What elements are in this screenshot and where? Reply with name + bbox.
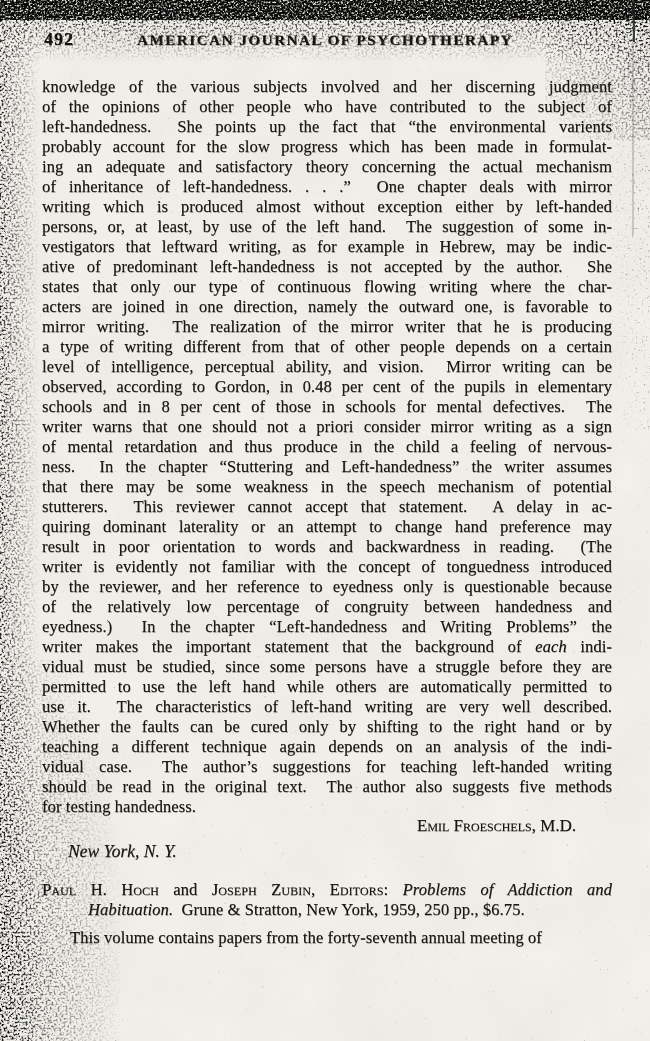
text-line: stutterers. This reviewer cannot accept … [42, 497, 612, 517]
text-line: should be read in the original text. The… [42, 777, 612, 797]
text-line: ative of predominant left-handedness is … [42, 257, 612, 277]
text-line: that there may be some weakness in the s… [42, 477, 612, 497]
scanned-journal-page: 492 AMERICAN JOURNAL OF PSYCHOTHERAPY kn… [0, 0, 650, 1041]
text-line: eyedness.) In the chapter “Left-handedne… [42, 617, 612, 637]
reviewer-name: Emil Froeschels, M.D. [417, 816, 576, 835]
text-line: of the relatively low percentage of cong… [42, 597, 612, 617]
next-paragraph: This volume contains papers from the for… [42, 928, 612, 948]
text-line: ing an adequate and satisfactory theory … [42, 157, 612, 177]
text-line: writing which is produced almost without… [42, 197, 612, 217]
text-line: use it. The characteristics of left-hand… [42, 697, 612, 717]
text-line: writer is evidently not familiar with th… [42, 557, 612, 577]
text-line: of inheritance of left-handedness. . . .… [42, 177, 612, 197]
text-line: Paul H. Hoch and Joseph Zubin, Editors: … [42, 878, 612, 898]
text-line: schools and in 8 per cent of those in sc… [42, 397, 612, 417]
journal-title: AMERICAN JOURNAL OF PSYCHOTHERAPY [15, 33, 635, 50]
text-line: Whether the faults can be cured only by … [42, 717, 612, 737]
text-line: vidual must be studied, since some perso… [42, 657, 612, 677]
review-text: knowledge of the various subjects involv… [42, 77, 612, 817]
text-line: left-handedness. She points up the fact … [42, 117, 612, 137]
text-line: states that only our type of continuous … [42, 277, 612, 297]
text-line: writer makes the important statement tha… [42, 637, 612, 657]
text-line: observed, according to Gordon, in 0.48 p… [42, 377, 612, 397]
text-line: probably account for the slow progress w… [42, 137, 612, 157]
text-line: teaching a different technique again dep… [42, 737, 612, 757]
text-line: level of intelligence, perceptual abilit… [42, 357, 612, 377]
text-line: of the opinions of other people who have… [42, 97, 612, 117]
text-line: ness. In the chapter “Stuttering and Lef… [42, 457, 612, 477]
text-line: mirror writing. The realization of the m… [42, 317, 612, 337]
text-line: knowledge of the various subjects involv… [42, 77, 612, 97]
text-line: of mental retardation and thus produce i… [42, 437, 612, 457]
text-line: a type of writing different from that of… [42, 337, 612, 357]
text-line: result in poor orientation to words and … [42, 537, 612, 557]
text-line: vidual case. The author’s suggestions fo… [42, 757, 612, 777]
book-citation: Paul H. Hoch and Joseph Zubin, Editors: … [42, 878, 612, 918]
text-line: permitted to use the left hand while oth… [42, 677, 612, 697]
text-line: for testing handedness. [42, 797, 612, 817]
text-line: quiring dominant laterality or an attemp… [42, 517, 612, 537]
reviewer-signature: Emil Froeschels, M.D. [42, 816, 612, 836]
text-line: by the reviewer, and her reference to ey… [42, 577, 612, 597]
reviewer-location: New York, N. Y. [68, 841, 177, 862]
text-line: persons, or, at least, by use of the lef… [42, 217, 612, 237]
text-line: vestigators that leftward writing, as fo… [42, 237, 612, 257]
text-line: Habituation. Grune & Stratton, New York,… [42, 898, 612, 918]
text-line: writer warns that one should not a prior… [42, 417, 612, 437]
text-line: acters are joined in one direction, name… [42, 297, 612, 317]
